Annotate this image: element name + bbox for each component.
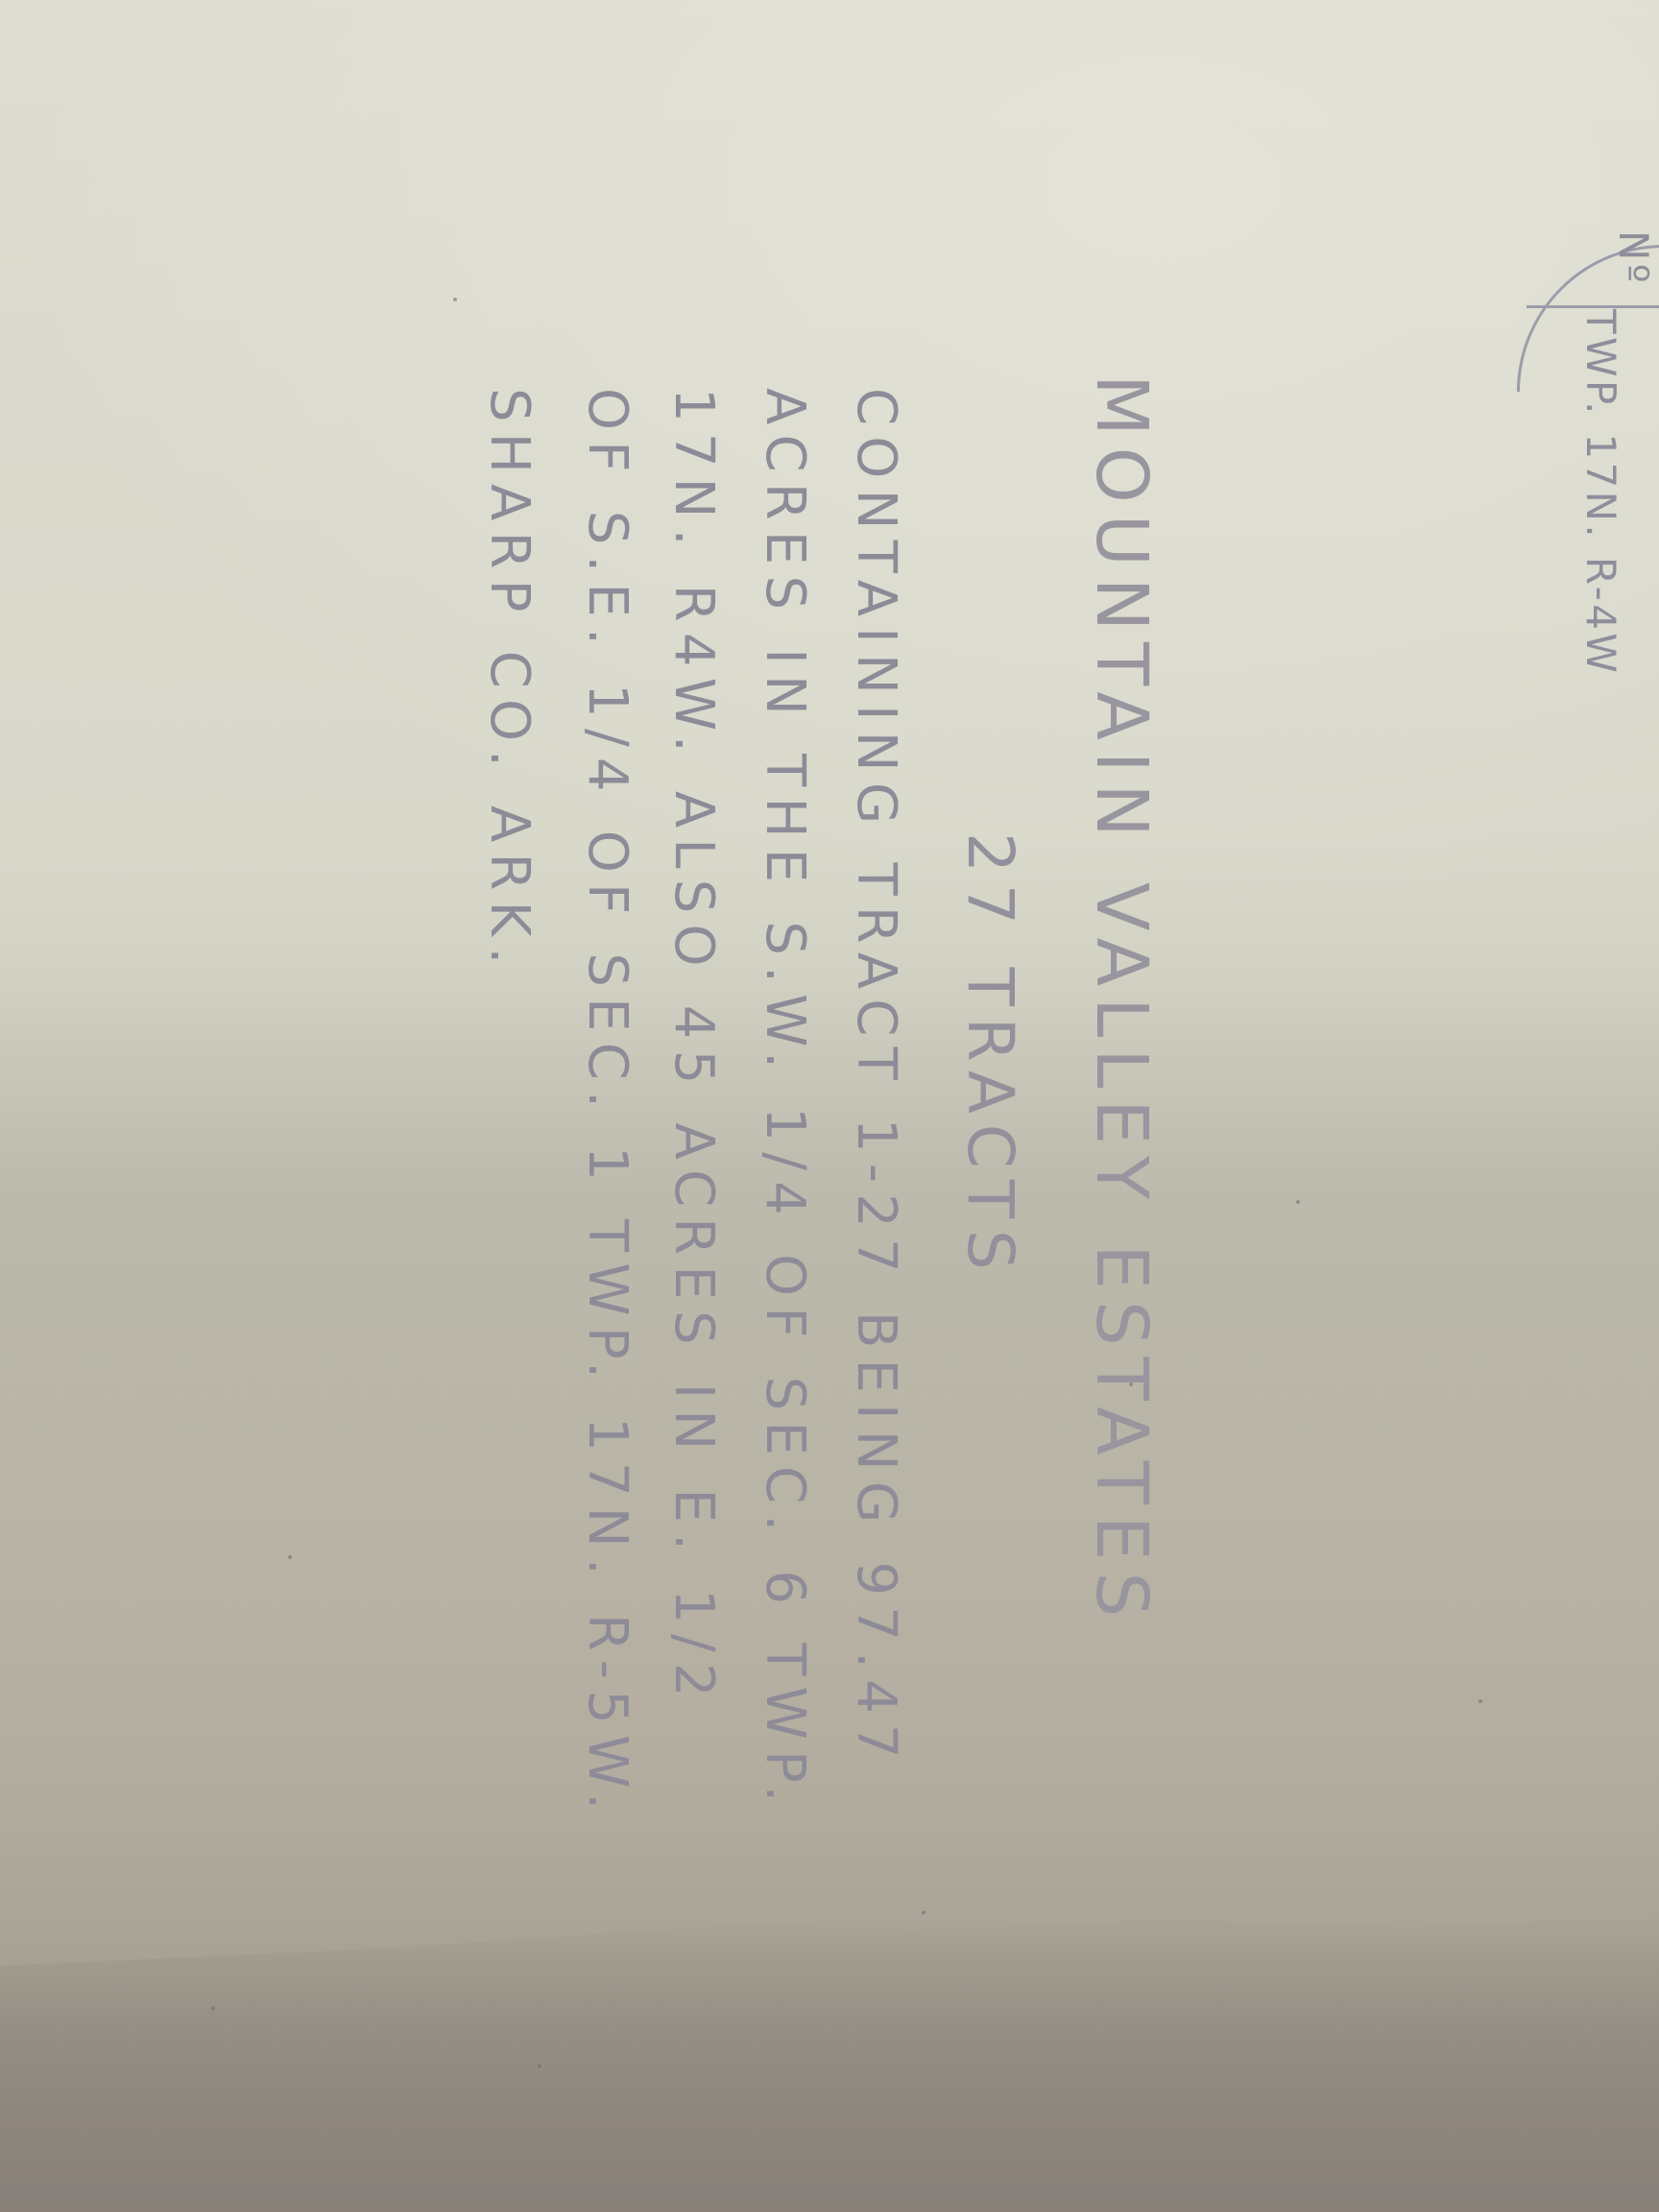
paper-speck xyxy=(1479,1699,1482,1703)
paper-highlight xyxy=(0,0,1659,922)
description-line-3: 17N. R4W. ALSO 45 ACRES IN E. 1/2 xyxy=(666,388,720,1708)
paper-fold-shadow xyxy=(0,960,1659,1920)
paper-speck xyxy=(922,1911,926,1914)
corner-number-mark: Nº xyxy=(1613,230,1653,286)
paper-speck xyxy=(538,2064,541,2068)
description-line-1: CONTAINING TRACT 1-27 BEING 97.47 xyxy=(849,388,902,1769)
corner-township-range: TWP. 17N. R-4W xyxy=(1580,309,1621,676)
paper-speck xyxy=(1296,1200,1300,1204)
paper-fold-edge xyxy=(0,1911,1659,2212)
paper-speck xyxy=(453,298,457,301)
paper-speck xyxy=(288,1555,292,1559)
description-line-4: OF S.E. 1/4 OF SEC. 1 TWP. 17N. R-5W. xyxy=(580,388,634,1820)
document-subtitle: 27 TRACTS xyxy=(958,832,1022,1282)
description-line-5: SHARP CO. ARK. xyxy=(482,388,536,975)
document-title: MOUNTAIN VALLEY ESTATES xyxy=(1086,374,1157,1628)
description-line-2: ACRES IN THE S.W. 1/4 OF SEC. 6 TWP. xyxy=(757,388,811,1813)
paper-speck xyxy=(211,2007,215,2010)
paper-speck xyxy=(1129,1382,1133,1386)
corner-divider-line xyxy=(1527,305,1659,308)
